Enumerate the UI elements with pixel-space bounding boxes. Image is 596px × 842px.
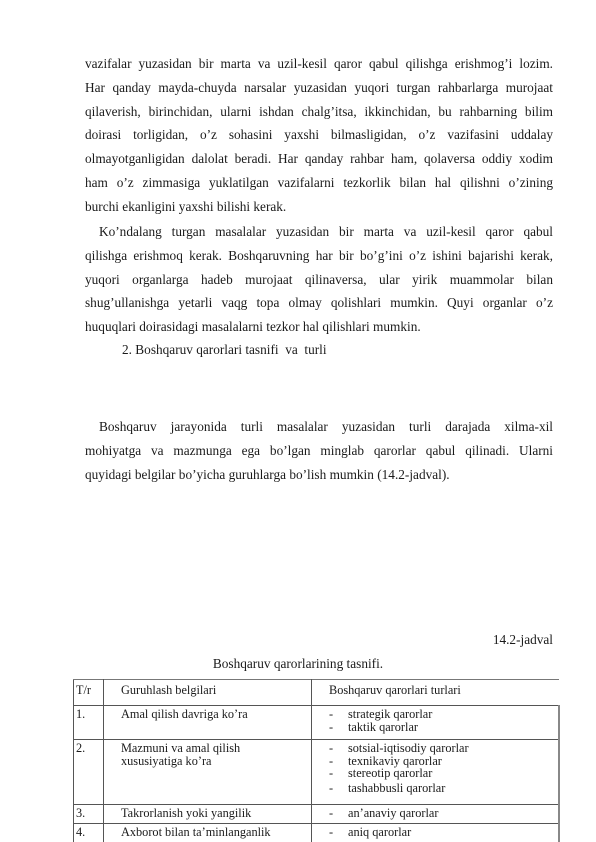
row-num: 4. (74, 824, 104, 842)
table-row: 2. Mazmuni va amal qilish xususiyatiga k… (74, 740, 560, 805)
row-num: 2. (74, 740, 104, 805)
row-group: Amal qilish davriga ko’ra (104, 706, 312, 740)
row-num: 1. (74, 706, 104, 740)
dash-bullet-icon: - (329, 721, 348, 734)
header-types: Boshqaruv qarorlari turlari (312, 680, 560, 706)
row-group: Takrorlanish yoki yangilik (104, 805, 312, 824)
header-group: Guruhlash belgilari (104, 680, 312, 706)
classification-table: T/r Guruhlash belgilari Boshqaruv qarorl… (73, 679, 560, 842)
dash-bullet-icon: - (329, 826, 348, 839)
table-header-row: T/r Guruhlash belgilari Boshqaruv qarorl… (74, 680, 560, 706)
row-types: -sotsial-iqtisodiy qarorlar -texnikaviy … (312, 740, 560, 805)
row-num: 3. (74, 805, 104, 824)
table-row: 3. Takrorlanish yoki yangilik -an’anaviy… (74, 805, 560, 824)
dash-bullet-icon: - (329, 782, 348, 795)
list-item: -aniq qarorlar (329, 826, 555, 839)
row-group: Axborot bilan ta’minlanganlik (104, 824, 312, 842)
table-row: 4. Axborot bilan ta’minlanganlik -aniq q… (74, 824, 560, 842)
table-row: 1. Amal qilish davriga ko’ra -strategik … (74, 706, 560, 740)
list-item: -tashabbusli qarorlar (329, 782, 555, 795)
dash-bullet-icon: - (329, 807, 348, 820)
header-num: T/r (74, 680, 104, 706)
dash-bullet-icon: - (329, 742, 348, 755)
table-viewport: T/r Guruhlash belgilari Boshqaruv qarorl… (0, 0, 596, 842)
list-item: -stereotip qarorlar (329, 767, 555, 780)
row-types: -aniq qarorlar (312, 824, 560, 842)
dash-bullet-icon: - (329, 767, 348, 780)
row-types: -an’anaviy qarorlar (312, 805, 560, 824)
row-types: -strategik qarorlar -taktik qarorlar (312, 706, 560, 740)
list-item: -taktik qarorlar (329, 721, 555, 734)
document-page: vazifalar yuzasidan bir marta va uzil-ke… (0, 0, 596, 842)
list-item: -an’anaviy qarorlar (329, 807, 555, 820)
row-group: Mazmuni va amal qilish xususiyatiga ko’r… (104, 740, 312, 805)
dash-bullet-icon: - (329, 708, 348, 721)
